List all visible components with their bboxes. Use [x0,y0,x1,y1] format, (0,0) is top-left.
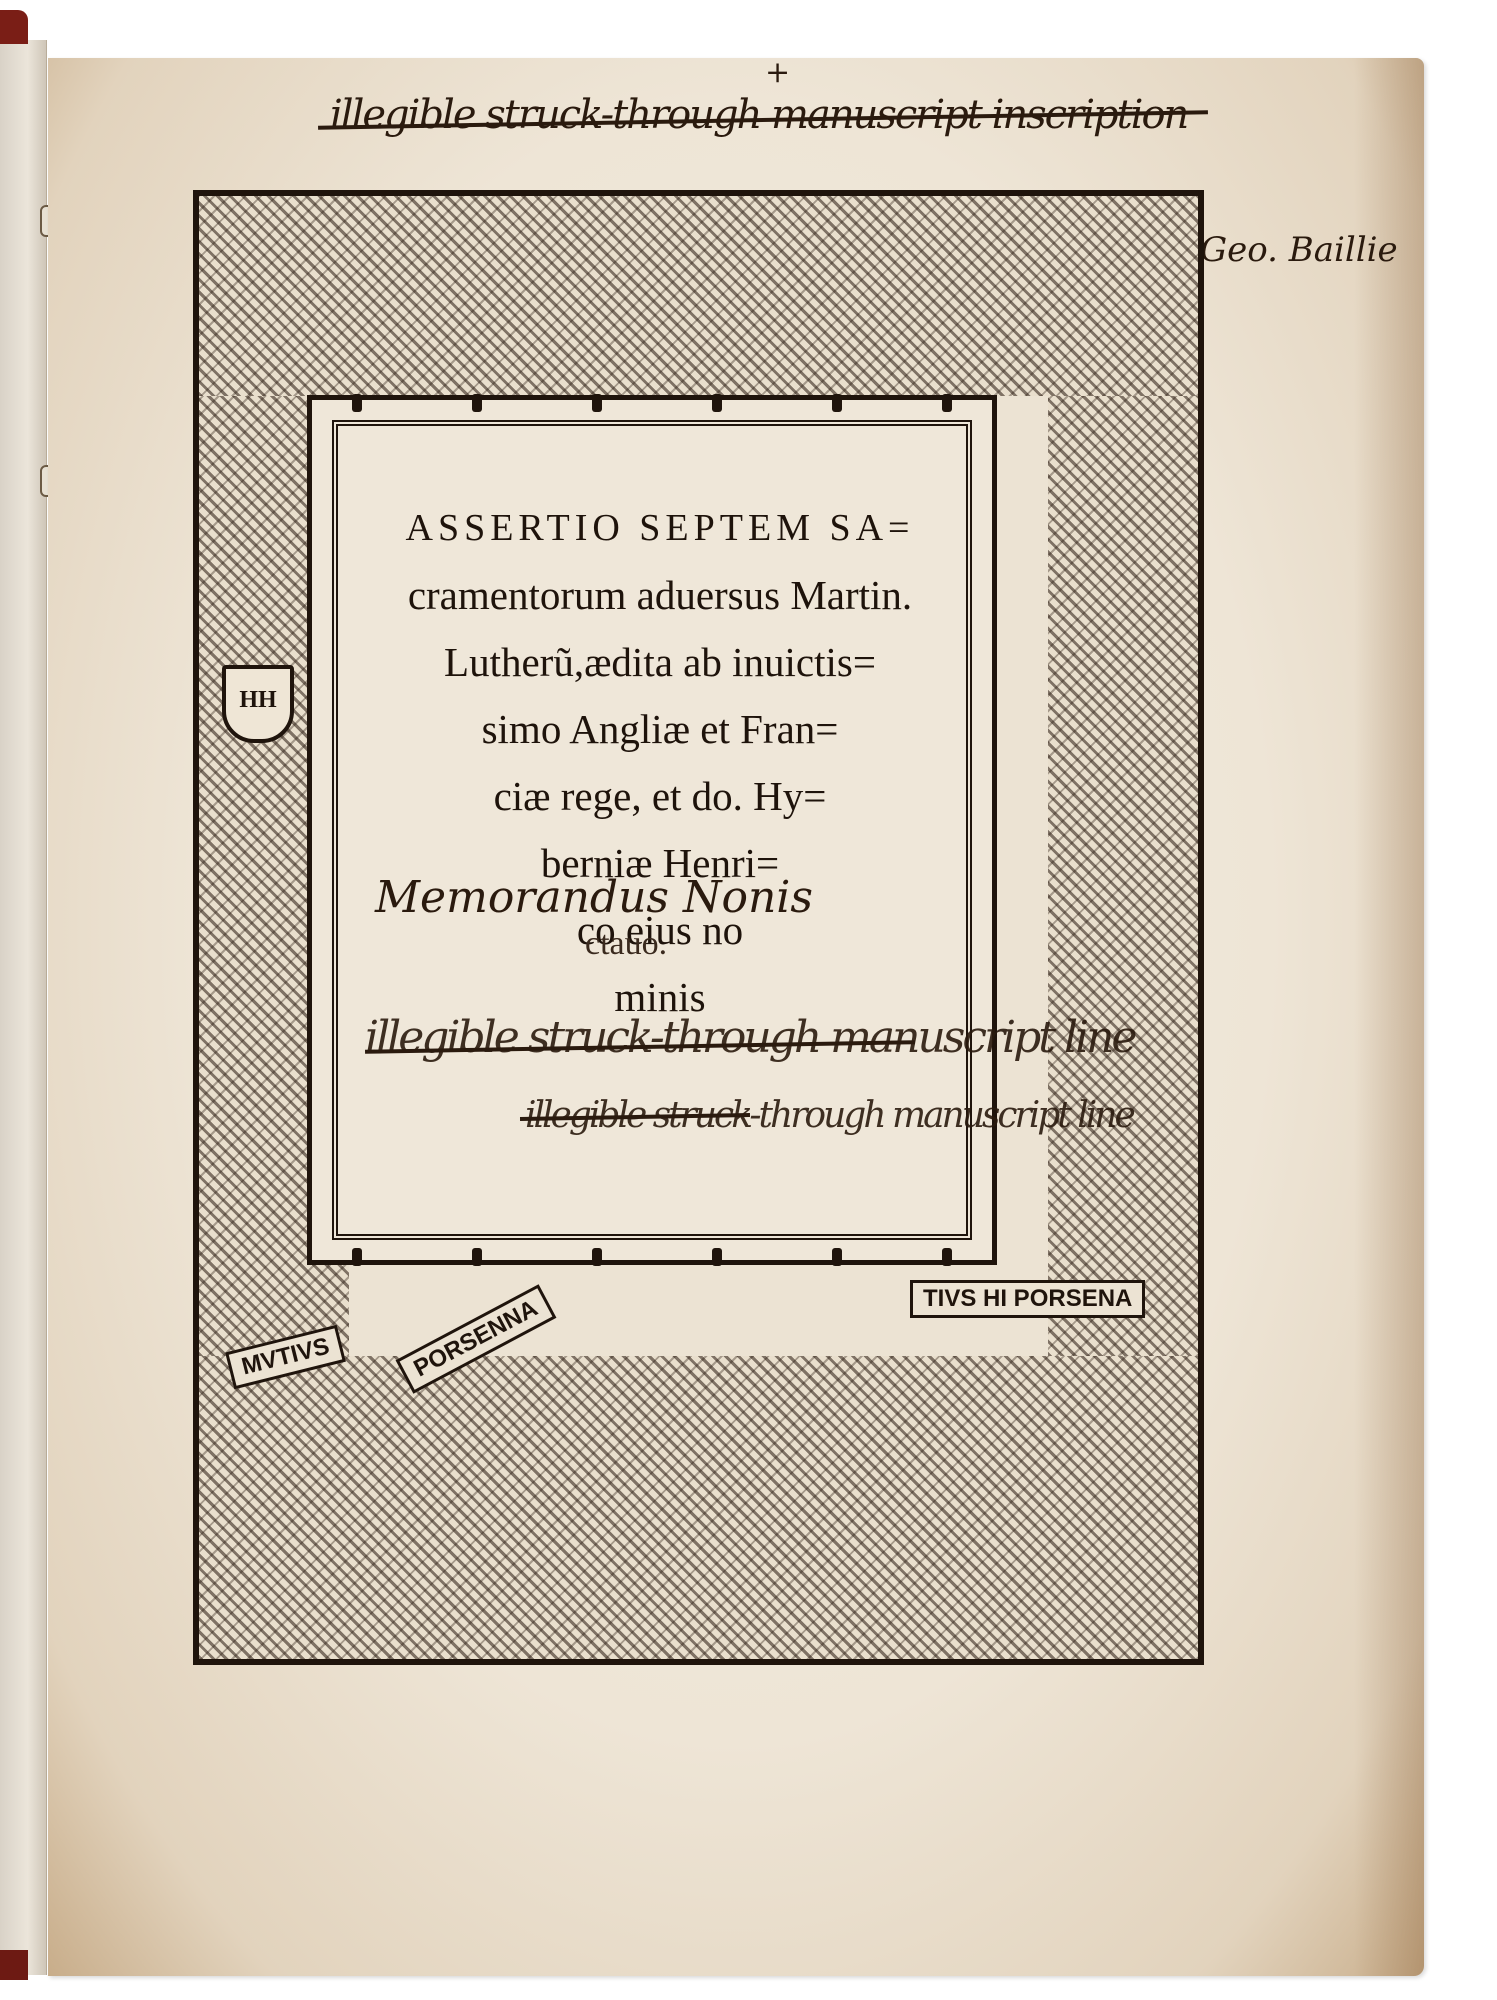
margin-signature: Geo. Baillie [1200,230,1398,270]
frame-stud [352,394,362,412]
title-line-3: Lutherũ,ædita ab inuictis= [360,629,960,696]
frame-stud [832,1248,842,1266]
title-line-1: ASSERTIO SEPTEM SA= [360,495,960,562]
title-line-4: simo Angliæ et Fran= [360,696,960,763]
title-line-5: ciæ rege, et do. Hy= [360,763,960,830]
frame-stud [472,1248,482,1266]
top-cross-mark: + [765,55,790,90]
frame-stud [712,394,722,412]
frame-stud [352,1248,362,1266]
frame-stud [592,394,602,412]
book-spine [0,40,47,1975]
frame-stud [472,394,482,412]
frame-stud [592,1248,602,1266]
frame-stud [712,1248,722,1266]
memorandum-annotation: Memorandus Nonis [375,872,813,923]
banner-tent: TIVS HI PORSENA [910,1280,1145,1318]
woodcut-top-panel-putti [199,196,1198,396]
spine-headcap [0,10,28,44]
frame-stud [832,394,842,412]
heraldic-shield: HH [222,665,294,743]
spine-tailcap [0,1950,28,1980]
printed-ctauo: ctauo. [585,925,667,963]
woodcut-bottom-scene-mucius-scaevola [199,1356,1198,1659]
frame-stud [942,394,952,412]
woodcut-right-column-ornament [1048,396,1198,1356]
struck-manuscript-line-1: illegible struck-through manuscript line [365,1012,1134,1063]
page-edge-staining [1354,58,1424,1976]
frame-stud [942,1248,952,1266]
title-line-2: cramentorum aduersus Martin. [360,562,960,629]
